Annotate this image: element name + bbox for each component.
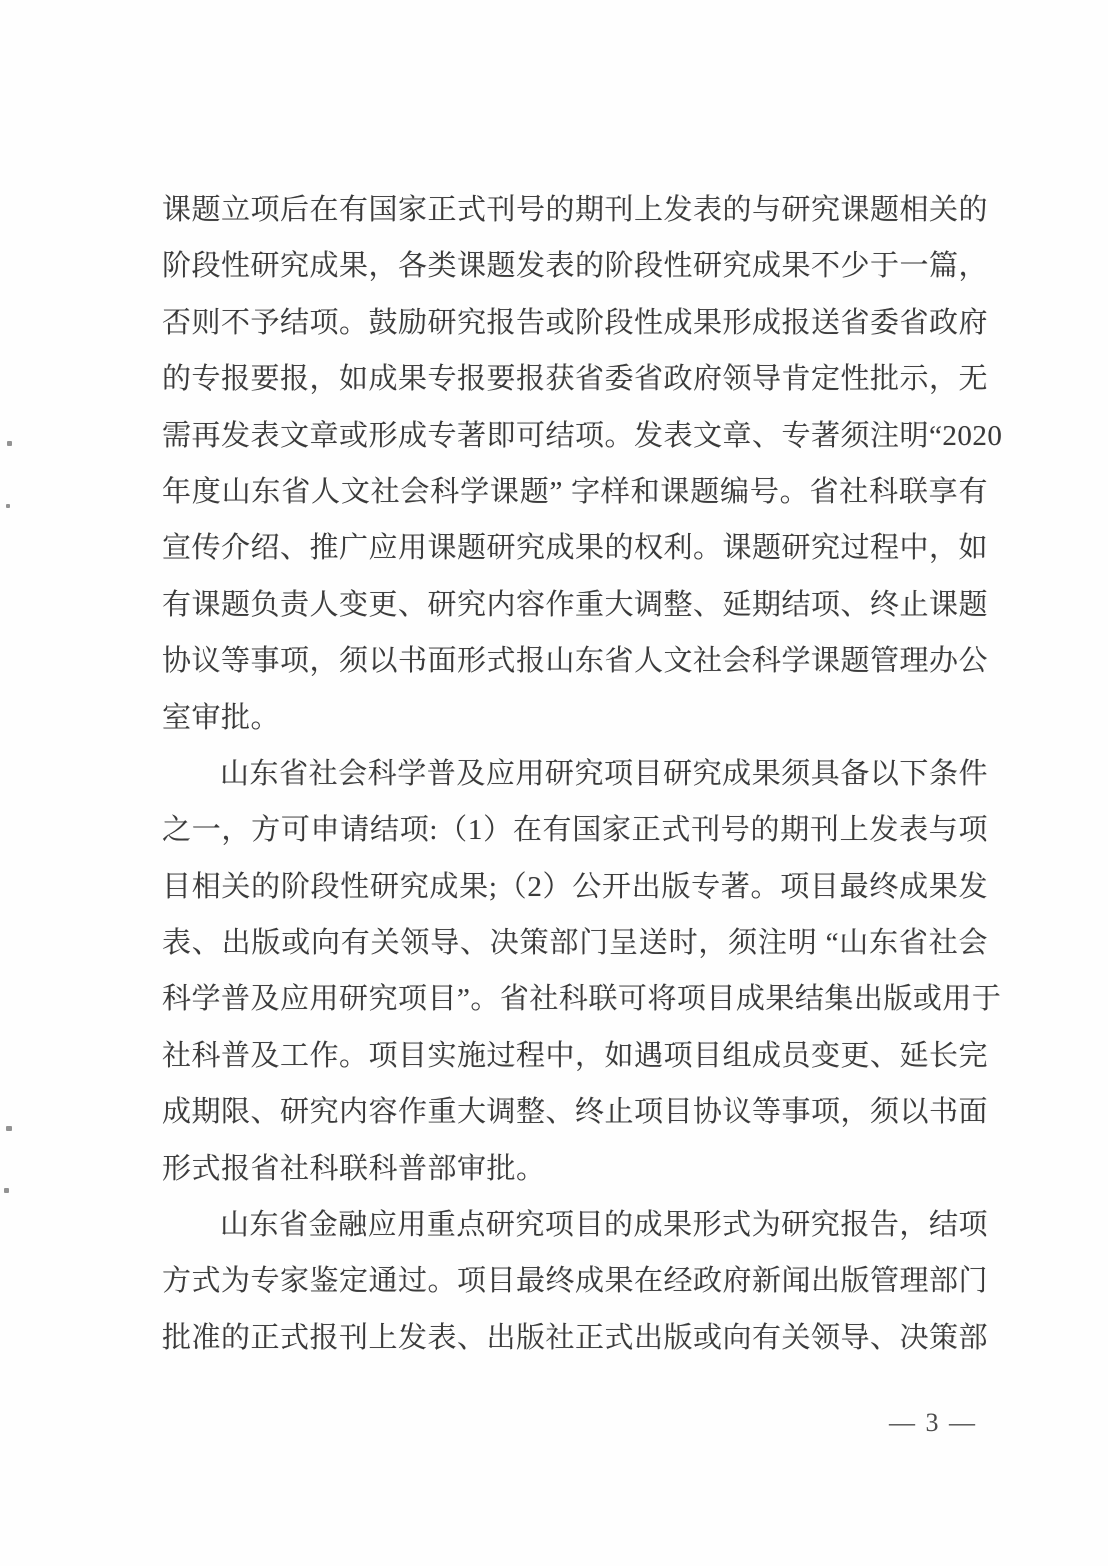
paragraph: 山东省金融应用重点研究项目的成果形式为研究报告，结项方式为专家鉴定通过。项目最终… [162,1197,988,1366]
text-line: 方式为专家鉴定通过。项目最终成果在经政府新闻出版管理部门 [162,1253,988,1309]
text-line: 否则不予结项。鼓励研究报告或阶段性成果形成报送省委省政府 [162,295,988,351]
page-number: — 3 — [858,1406,1008,1440]
scan-speck [6,1126,12,1131]
text-line: 之一，方可申请结项:（1）在有国家正式刊号的期刊上发表与项 [162,802,988,858]
text-line: 年度山东省人文社会科学课题” 字样和课题编号。省社科联享有 [162,464,988,520]
text-line: 山东省金融应用重点研究项目的成果形式为研究报告，结项 [162,1197,988,1253]
paragraph: 山东省社会科学普及应用研究项目研究成果须具备以下条件之一，方可申请结项:（1）在… [162,746,988,1197]
text-line: 成期限、研究内容作重大调整、终止项目协议等事项，须以书面 [162,1084,988,1140]
text-line: 阶段性研究成果，各类课题发表的阶段性研究成果不少于一篇， [162,238,988,294]
paragraph: 课题立项后在有国家正式刊号的期刊上发表的与研究课题相关的阶段性研究成果，各类课题… [162,182,988,746]
scanned-page: 课题立项后在有国家正式刊号的期刊上发表的与研究课题相关的阶段性研究成果，各类课题… [0,0,1108,1566]
text-line: 目相关的阶段性研究成果;（2）公开出版专著。项目最终成果发 [162,859,988,915]
document-body: 课题立项后在有国家正式刊号的期刊上发表的与研究课题相关的阶段性研究成果，各类课题… [162,182,988,1366]
text-line: 需再发表文章或形成专著即可结项。发表文章、专著须注明“2020 [162,408,988,464]
text-line: 批准的正式报刊上发表、出版社正式出版或向有关领导、决策部 [162,1310,988,1366]
text-line: 协议等事项，须以书面形式报山东省人文社会科学课题管理办公 [162,633,988,689]
text-line: 社科普及工作。项目实施过程中，如遇项目组成员变更、延长完 [162,1028,988,1084]
text-line: 科学普及应用研究项目”。省社科联可将项目成果结集出版或用于 [162,971,988,1027]
text-line: 课题立项后在有国家正式刊号的期刊上发表的与研究课题相关的 [162,182,988,238]
scan-speck [6,504,10,508]
text-line: 宣传介绍、推广应用课题研究成果的权利。课题研究过程中，如 [162,520,988,576]
text-line: 有课题负责人变更、研究内容作重大调整、延期结项、终止课题 [162,577,988,633]
text-line: 室审批。 [162,690,988,746]
text-line: 的专报要报，如成果专报要报获省委省政府领导肯定性批示，无 [162,351,988,407]
text-line: 山东省社会科学普及应用研究项目研究成果须具备以下条件 [162,746,988,802]
scan-speck [4,1188,9,1193]
text-line: 形式报省社科联科普部审批。 [162,1141,988,1197]
scan-speck [7,441,12,446]
text-line: 表、出版或向有关领导、决策部门呈送时，须注明 “山东省社会 [162,915,988,971]
